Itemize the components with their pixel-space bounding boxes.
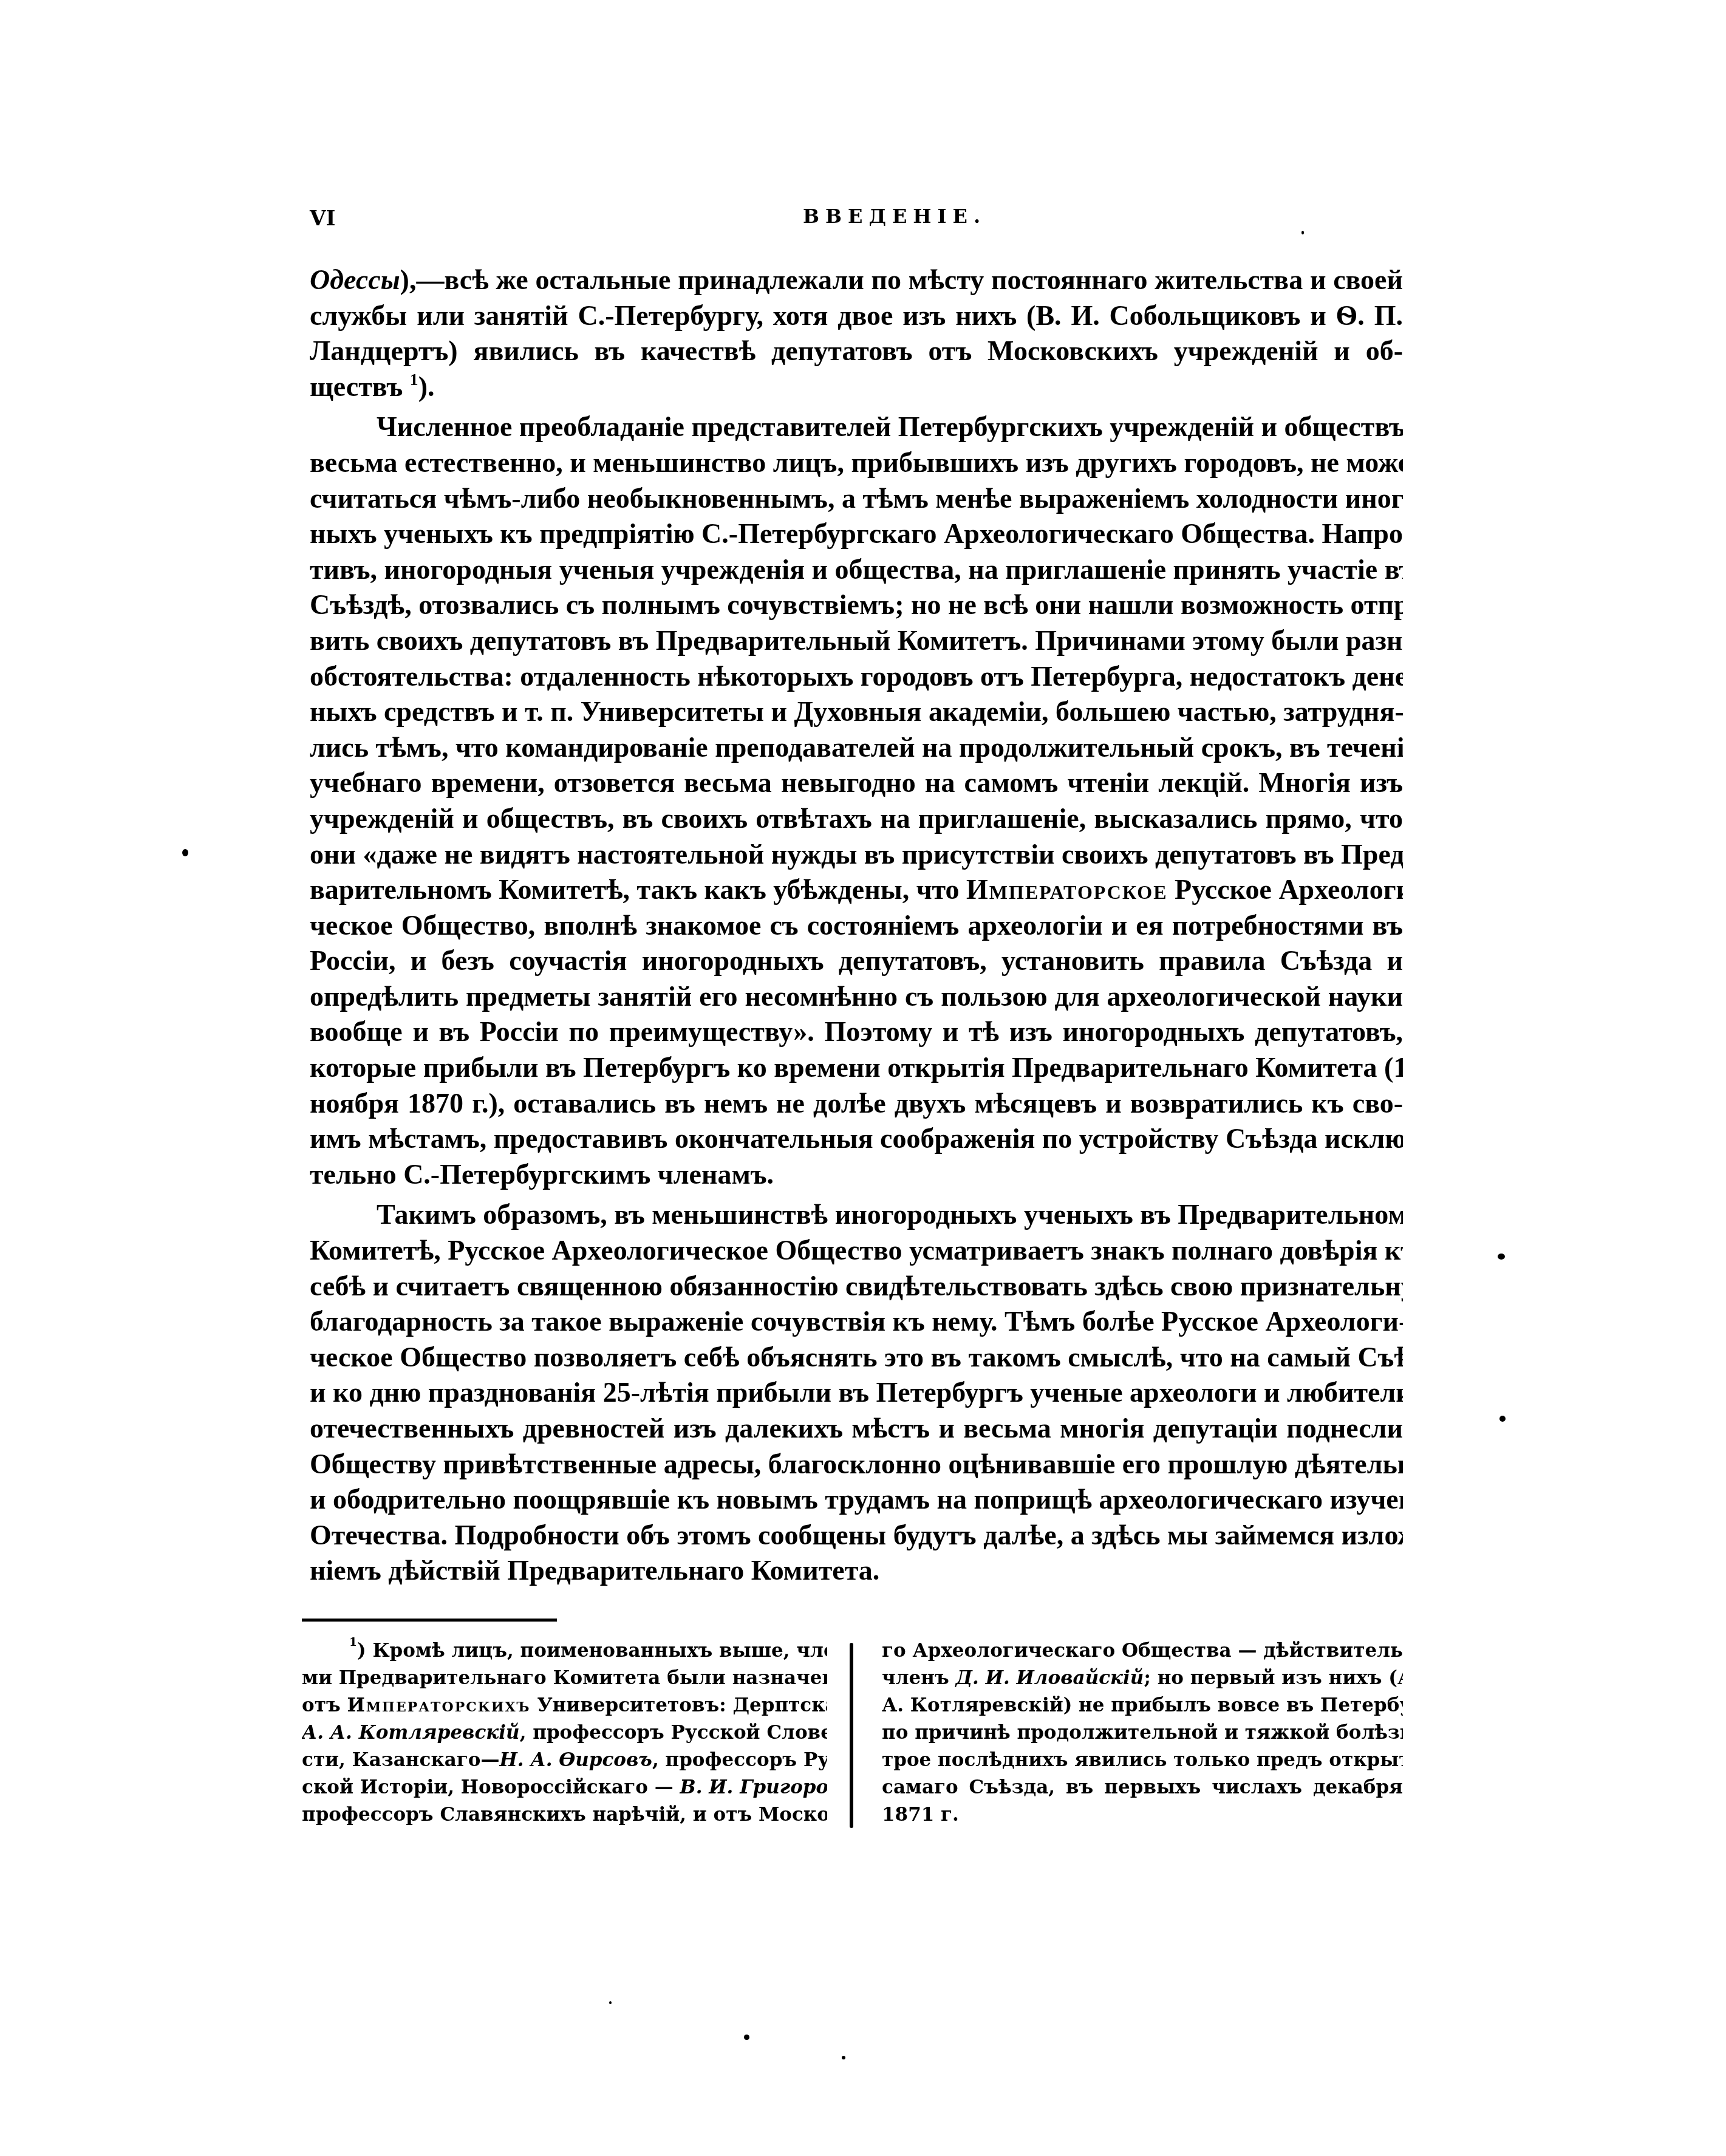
scan-speck [842,2056,845,2059]
italic-word: Одессы [310,264,400,295]
italic-name: В. И. Григоровичъ [680,1776,827,1798]
text-line: которые прибыли въ Петербургъ ко времени… [310,1050,1403,1086]
footnote-line: профессоръ Славянскихъ нарѣчій, и отъ Мо… [302,1801,827,1829]
italic-name: А. А. Котляревскій [302,1722,520,1744]
text-line: ныхъ средствъ и т. п. Университеты и Дух… [310,694,1403,730]
body-text: Одессы),—всѣ же остальные принадлежали п… [310,262,1403,1594]
line-text: Университетовъ: Дерптскаго— [531,1694,827,1716]
text-line: Россіи, и безъ соучастія иногородныхъ де… [310,943,1403,979]
line-text: ществъ [310,371,410,402]
text-line: вить своихъ депутатовъ въ Предварительны… [310,623,1403,659]
line-text: сти, Казанскаго— [302,1749,500,1771]
paragraph-2: Численное преобладаніе представителей Пе… [310,409,1403,1192]
scanned-book-page: VI ВВЕДЕНІЕ. Одессы),—всѣ же остальные п… [0,0,1726,2156]
scan-speck [1301,231,1304,234]
text-line: вообще и въ Россіи по преимуществу». Поэ… [310,1014,1403,1050]
text-line: отечественныхъ древностей изъ далекихъ м… [310,1411,1403,1447]
scan-speck [609,2001,612,2004]
line-text: членъ [882,1667,956,1689]
text-line: Отечества. Подробности объ этомъ сообщен… [310,1518,1403,1554]
line-text: ; но первый изъ нихъ (А. [1144,1667,1403,1689]
line-text: ской Исторіи, Новороссійскаго — [302,1776,680,1798]
text-line: учрежденій и обществъ, въ своихъ отвѣтах… [310,801,1403,837]
text-line: учебнаго времени, отзовется весьма невыг… [310,765,1403,801]
running-title: ВВЕДЕНІЕ. [803,204,985,228]
line-text: , профессоръ Рус- [652,1749,827,1771]
footnote-line: трое послѣднихъ явились только предъ отк… [882,1747,1403,1774]
text-line: ческое Общество позволяетъ себѣ объяснят… [310,1340,1403,1376]
italic-name: Н. А. Ѳирсовъ [500,1749,652,1771]
line-text: , профессоръ Русской Словесно- [520,1722,827,1744]
text-line: имъ мѣстамъ, предоставивъ окончательныя … [310,1121,1403,1157]
footnote-line: А. А. Котляревскій, профессоръ Русской С… [302,1719,827,1747]
text-line: тельно С.-Петербургскимъ членамъ. [310,1157,1403,1193]
scan-speck [1498,1254,1505,1260]
footnote-line: ми Предварительнаго Комитета были назнач… [302,1665,827,1692]
footnote-line: ской Исторіи, Новороссійскаго — В. И. Гр… [302,1774,827,1801]
italic-name: Д. И. Иловайскій [956,1667,1144,1689]
footnote-line: сти, Казанскаго—Н. А. Ѳирсовъ, профессор… [302,1747,827,1774]
line-text: Русское Археологи- [1168,874,1403,905]
smallcaps-word: Императорское [966,874,1167,905]
text-line: себѣ и считаетъ священною обязанностію с… [310,1269,1403,1305]
text-line: службы или занятій С.-Петербургу, хотя д… [310,298,1403,334]
footnote-line: А. Котляревскій) не прибылъ вовсе въ Пет… [882,1692,1403,1719]
text-line: ческое Общество, вполнѣ знакомое съ сост… [310,908,1403,944]
line-text: ) Кромѣ лицъ, поименованныхъ выше, члена… [357,1640,827,1662]
text-line: Ландцертъ) явились въ качествѣ депутатов… [310,333,1403,369]
text-line: считаться чѣмъ-либо необыкновеннымъ, а т… [310,481,1403,517]
text-line: ніемъ дѣйствій Предварительнаго Комитета… [310,1553,1403,1589]
text-line: Такимъ образомъ, въ меньшинствѣ иногород… [310,1197,1403,1233]
footnote-right-column: го Археологическаго Общества — дѣйствите… [882,1637,1403,1829]
text-line: лись тѣмъ, что командированіе преподават… [310,730,1403,766]
text-line: и ко дню празднованія 25-лѣтія прибыли в… [310,1375,1403,1411]
footnote-left-column: 1) Кромѣ лицъ, поименованныхъ выше, член… [302,1637,827,1829]
line-text: отъ [302,1694,347,1716]
text-line: опредѣлить предметы занятій его несомнѣн… [310,979,1403,1015]
text-line: обстоятельства: отдаленность нѣкоторыхъ … [310,659,1403,695]
text-line: Съѣздѣ, отозвались съ полнымъ сочувствіе… [310,587,1403,623]
paragraph-3: Такимъ образомъ, въ меньшинствѣ иногород… [310,1197,1403,1589]
footnote-separator-rule [302,1619,557,1622]
line-text: ),—всѣ же остальные принадлежали по мѣст… [400,264,1403,295]
footnote-number: 1 [349,1637,357,1649]
footnote-line: 1871 г. [882,1801,1403,1829]
scan-speck [744,2035,749,2040]
footnote-line: членъ Д. И. Иловайскій; но первый изъ ни… [882,1665,1403,1692]
scan-speck [182,849,188,856]
text-line: они «даже не видятъ настоятельной нужды … [310,837,1403,873]
footnote-line: 1) Кромѣ лицъ, поименованныхъ выше, член… [302,1637,827,1665]
text-line: Численное преобладаніе представителей Пе… [310,409,1403,445]
page-number: VI [310,206,335,231]
scan-speck [1499,1416,1506,1422]
text-line: и ободрительно поощрявшіе къ новымъ труд… [310,1482,1403,1518]
line-text: варительномъ Комитетѣ, такъ какъ убѣжден… [310,874,966,905]
text-line: Комитетѣ, Русское Археологическое Общест… [310,1233,1403,1269]
footnote-marker[interactable]: 1 [410,370,418,389]
line-text: ). [418,371,435,402]
text-line: варительномъ Комитетѣ, такъ какъ убѣжден… [310,872,1403,908]
text-line: благодарность за такое выраженіе сочувст… [310,1304,1403,1340]
text-line: ществъ 1). [310,369,1403,405]
footnote-line: отъ Императорскихъ Университетовъ: Дерпт… [302,1692,827,1719]
text-line: ныхъ ученыхъ къ предпріятію С.-Петербург… [310,516,1403,552]
text-line: Обществу привѣтственные адресы, благоскл… [310,1447,1403,1482]
footnote-line: го Археологическаго Общества — дѣйствите… [882,1637,1403,1665]
text-line: ноября 1870 г.), оставались въ немъ не д… [310,1086,1403,1122]
text-line: тивъ, иногородныя ученыя учрежденія и об… [310,552,1403,588]
text-line: весьма естественно, и меньшинство лицъ, … [310,445,1403,481]
footnote-column-divider [850,1643,853,1828]
text-line: Одессы),—всѣ же остальные принадлежали п… [310,262,1403,298]
smallcaps-word: Императорскихъ [347,1694,530,1716]
paragraph-1: Одессы),—всѣ же остальные принадлежали п… [310,262,1403,404]
footnote-line: самаго Съѣзда, въ первыхъ числахъ декабр… [882,1774,1403,1801]
footnote-line: по причинѣ продолжительной и тяжкой болѣ… [882,1719,1403,1747]
